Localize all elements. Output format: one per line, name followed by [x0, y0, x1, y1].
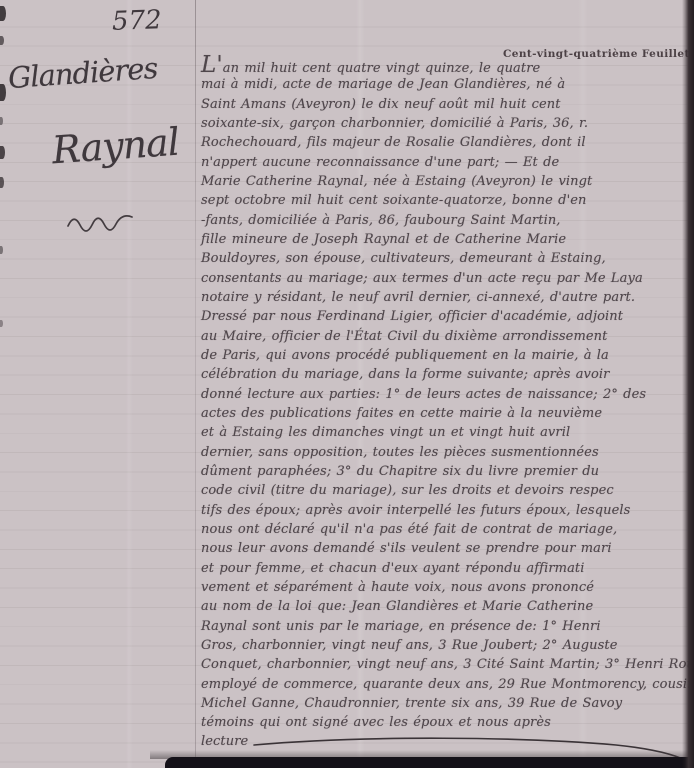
- handwritten-text-line: vement et séparément à haute voix, nous …: [201, 578, 693, 597]
- left-edge-speck: [0, 36, 4, 45]
- handwritten-text-line: dûment paraphées; 3° du Chapitre six du …: [201, 462, 693, 481]
- act-body-text: L'an mil huit cent quatre vingt quinze, …: [201, 56, 693, 752]
- scan-right-edge: [682, 0, 694, 768]
- left-edge-speck: [0, 246, 3, 254]
- handwritten-text-line: Conquet, charbonnier, vingt neuf ans, 3 …: [201, 655, 693, 674]
- margin-name-raynal: Raynal: [51, 120, 181, 173]
- handwritten-text-line: mai à midi, acte de mariage de Jean Glan…: [201, 75, 693, 94]
- handwritten-text-line: employé de commerce, quarante deux ans, …: [201, 675, 693, 694]
- left-edge-speck: [0, 320, 3, 327]
- handwritten-text-line: Dressé par nous Ferdinand Ligier, offici…: [201, 307, 693, 326]
- handwritten-text-line: nous ont déclaré qu'il n'a pas été fait …: [201, 520, 693, 539]
- margin-paraph-squiggle-icon: [66, 208, 140, 236]
- handwritten-text-line: Gros, charbonnier, vingt neuf ans, 3 Rue…: [201, 636, 693, 655]
- handwritten-text-line: dernier, sans opposition, toutes les piè…: [201, 443, 693, 462]
- handwritten-text-line: et pour femme, et chacun d'eux ayant rép…: [201, 559, 693, 578]
- margin-separator-rule: [195, 0, 196, 768]
- left-edge-speck: [0, 6, 6, 21]
- handwritten-text-line: Rochechouard, fils majeur de Rosalie Gla…: [201, 133, 693, 152]
- handwritten-text-line: témoins qui ont signé avec les époux et …: [201, 713, 693, 732]
- handwritten-text-line: consentants au mariage; aux termes d'un …: [201, 269, 693, 288]
- handwritten-text-line: sept octobre mil huit cent soixante-quat…: [201, 191, 693, 210]
- handwritten-text-line: nous leur avons demandé s'ils veulent se…: [201, 539, 693, 558]
- handwritten-text-line: Marie Catherine Raynal, née à Estaing (A…: [201, 172, 693, 191]
- handwritten-text-line: de Paris, qui avons procédé publiquement…: [201, 346, 693, 365]
- scanned-register-page: Cent-vingt-quatrième Feuillet 572 Glandi…: [0, 0, 694, 768]
- handwritten-text-line: et à Estaing les dimanches vingt un et v…: [201, 423, 693, 442]
- margin-name-glandieres: Glandières: [7, 51, 158, 95]
- handwritten-text-line: fille mineure de Joseph Raynal et de Cat…: [201, 230, 693, 249]
- handwritten-text-line: au Maire, officier de l'État Civil du di…: [201, 327, 693, 346]
- handwritten-text-line: n'appert aucune reconnaissance d'une par…: [201, 153, 693, 172]
- handwritten-text-line: notaire y résidant, le neuf avril dernie…: [201, 288, 693, 307]
- handwritten-text-line: au nom de la loi que: Jean Glandières et…: [201, 597, 693, 616]
- left-edge-speck: [0, 177, 4, 188]
- left-edge-speck: [0, 117, 3, 125]
- left-edge-speck: [0, 146, 5, 159]
- handwritten-text-line: Bouldoyres, son épouse, cultivateurs, de…: [201, 249, 693, 268]
- handwritten-text-line: célébration du mariage, dans la forme su…: [201, 365, 693, 384]
- handwritten-text-line: Raynal sont unis par le mariage, en prés…: [201, 617, 693, 636]
- left-edge-speck: [0, 84, 6, 101]
- handwritten-text-line: Michel Ganne, Chaudronnier, trente six a…: [201, 694, 693, 713]
- handwritten-text-line: tifs des époux; après avoir interpellé l…: [201, 501, 693, 520]
- handwritten-text-line: -fants, domiciliée à Paris, 86, faubourg…: [201, 211, 693, 230]
- scan-bottom-bar: [165, 757, 694, 768]
- handwritten-text-line: Saint Amans (Aveyron) le dix neuf août m…: [201, 95, 693, 114]
- handwritten-text-line: code civil (titre du mariage), sur les d…: [201, 481, 693, 500]
- handwritten-text-line: actes des publications faites en cette m…: [201, 404, 693, 423]
- act-number: 572: [111, 5, 162, 37]
- handwritten-text-line: L'an mil huit cent quatre vingt quinze, …: [201, 56, 693, 75]
- handwritten-text-line: donné lecture aux parties: 1° de leurs a…: [201, 385, 693, 404]
- handwritten-text-line: soixante-six, garçon charbonnier, domici…: [201, 114, 693, 133]
